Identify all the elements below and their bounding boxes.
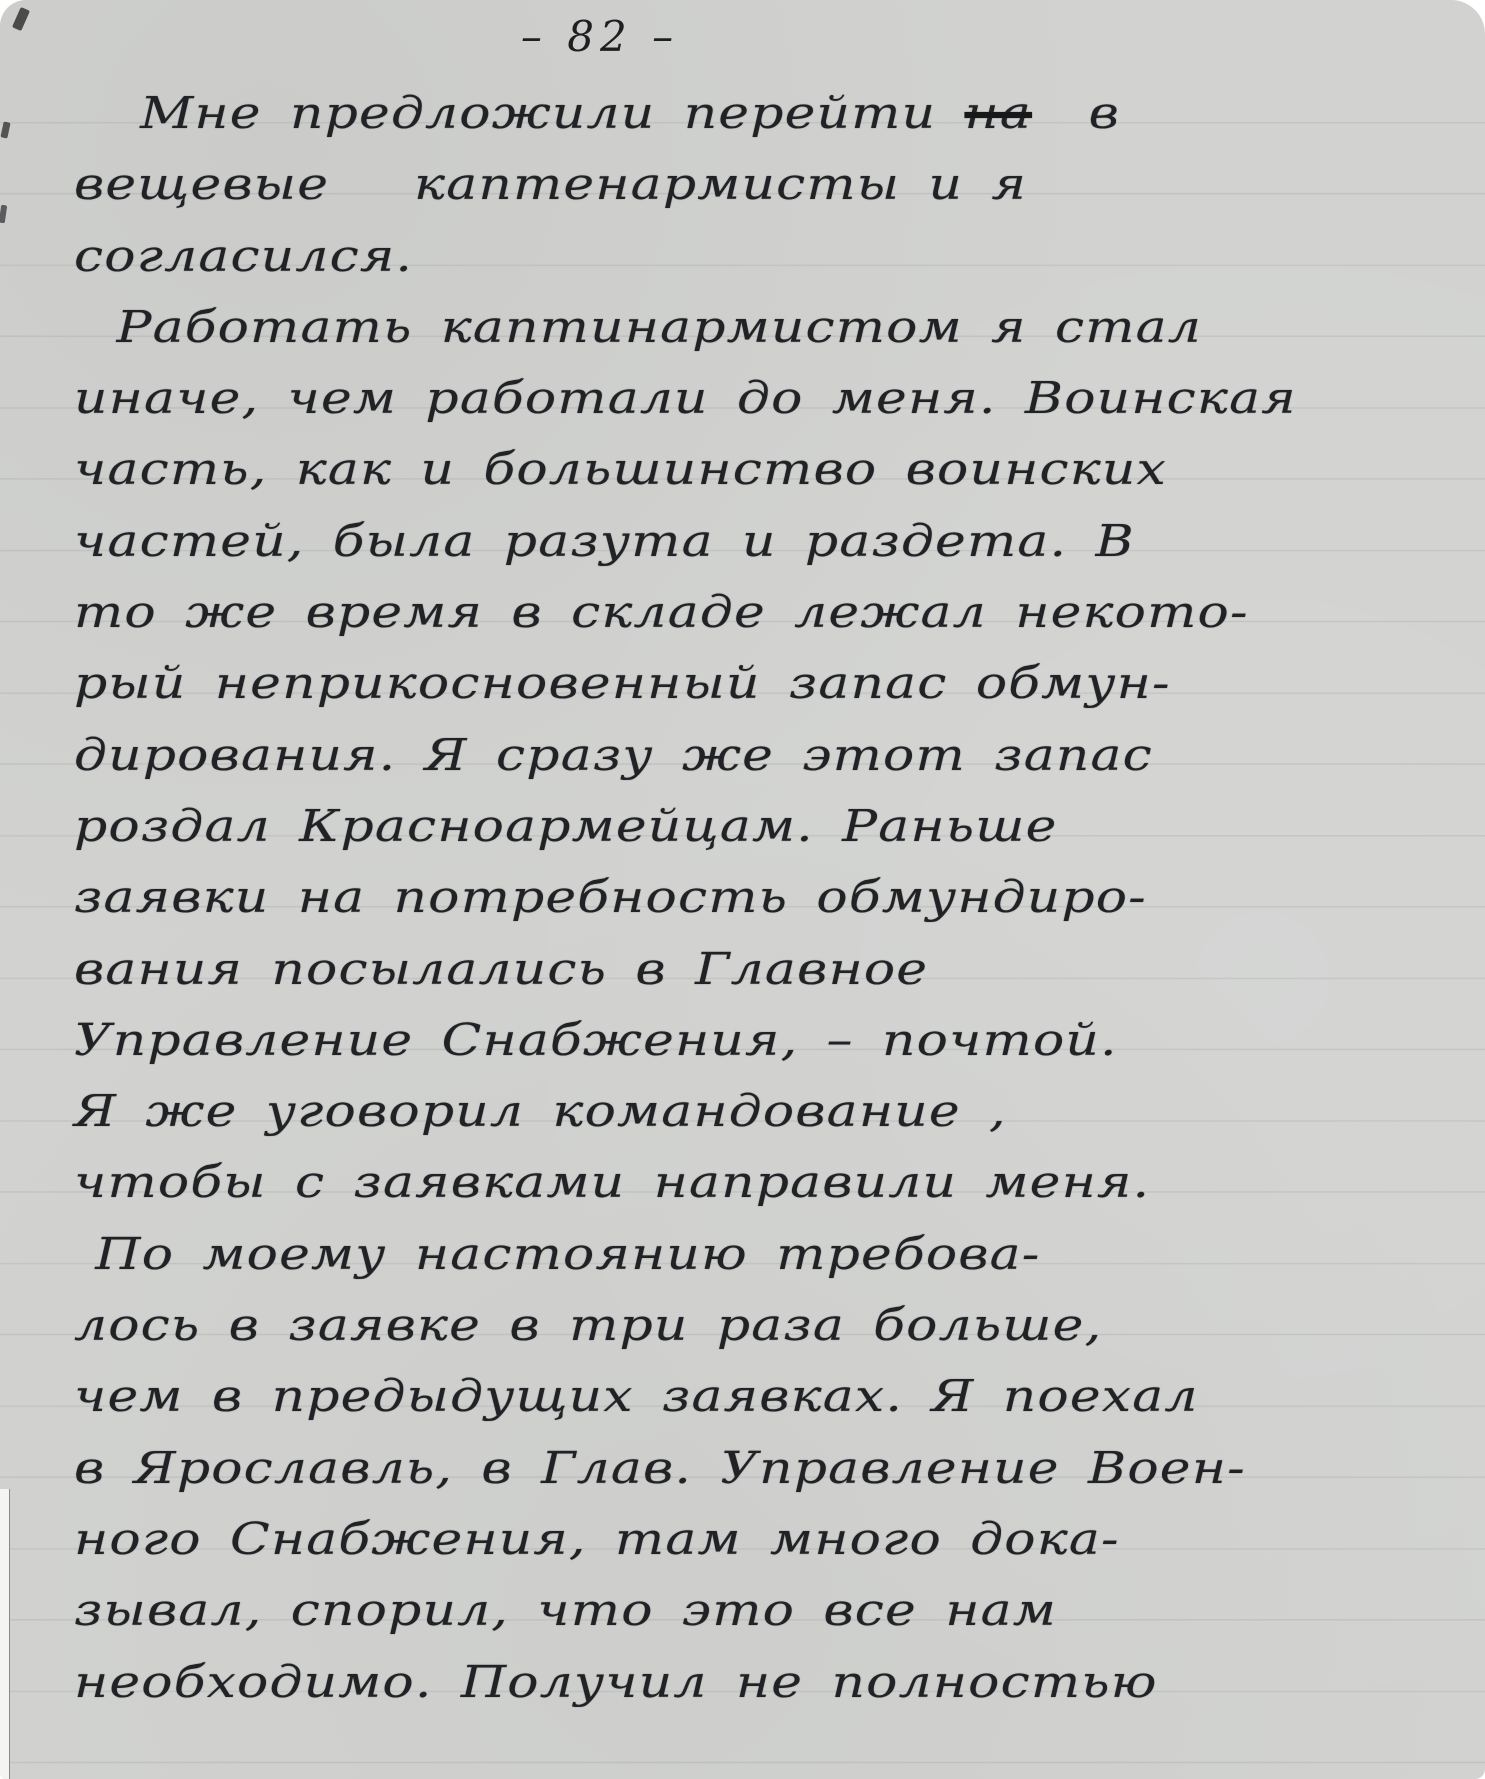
manuscript-line: зывал, спорил, что это все нам xyxy=(74,1575,1297,1646)
manuscript-line: рый неприкосновенный запас обмун- xyxy=(74,648,1297,719)
manuscript-line: лось в заявке в три раза больше, xyxy=(74,1290,1297,1361)
line-text: Работать каптинармистом я стал xyxy=(116,302,1202,353)
scan-edge-strip xyxy=(0,1489,10,1779)
line-text: согласился. xyxy=(74,231,413,282)
line-text: в Ярославль, в Глав. Управление Воен- xyxy=(74,1443,1246,1494)
line-text: чем в предыдущих заявках. Я поехал xyxy=(74,1371,1199,1422)
struck-word: на xyxy=(964,88,1032,139)
page-number: – 82 – xyxy=(0,12,1200,61)
line-text: лось в заявке в три раза больше, xyxy=(74,1300,1102,1351)
line-text: иначе, чем работали до меня. Воинская xyxy=(74,373,1297,424)
line-text: вания посылались в Главное xyxy=(74,944,928,995)
line-text: рый неприкосновенный запас обмун- xyxy=(74,658,1171,709)
manuscript-line: частей, была разута и раздета. В xyxy=(74,506,1297,577)
manuscript-line: дирования. Я сразу же этот запас xyxy=(74,720,1297,791)
line-text: то же время в складе лежал некото- xyxy=(74,587,1249,638)
line-text: частей, была разута и раздета. В xyxy=(74,516,1135,567)
manuscript-line: ного Снабжения, там много дока- xyxy=(74,1504,1297,1575)
manuscript-line: Мне предложили перейти на в xyxy=(74,78,1297,149)
line-text: Я же уговорил командование , xyxy=(74,1086,1007,1137)
line-text: Управление Снабжения, – почтой. xyxy=(74,1015,1118,1066)
manuscript-line: вания посылались в Главное xyxy=(74,934,1297,1005)
manuscript-line: Работать каптинармистом я стал xyxy=(74,292,1297,363)
line-text: часть, как и большинство воинских xyxy=(74,444,1167,495)
manuscript-lines: Мне предложили перейти на ввещевые капте… xyxy=(74,78,1297,1718)
manuscript-line: вещевые каптенармисты и я xyxy=(74,149,1297,220)
line-text: необходимо. Получил не полностью xyxy=(74,1657,1158,1708)
manuscript-line: роздал Красноармейцам. Раньше xyxy=(74,791,1297,862)
line-text: дирования. Я сразу же этот запас xyxy=(74,730,1153,781)
manuscript-line: чтобы с заявками направили меня. xyxy=(74,1147,1297,1218)
manuscript-line: необходимо. Получил не полностью xyxy=(74,1647,1297,1718)
manuscript-line: часть, как и большинство воинских xyxy=(74,434,1297,505)
line-text: вещевые каптенармисты и я xyxy=(74,159,1027,210)
manuscript-line: заявки на потребность обмундиро- xyxy=(74,862,1297,933)
manuscript-line: Я же уговорил командование , xyxy=(74,1076,1297,1147)
manuscript-line: то же время в складе лежал некото- xyxy=(74,577,1297,648)
line-text: По моему настоянию требова- xyxy=(95,1229,1040,1280)
manuscript-line: в Ярославль, в Глав. Управление Воен- xyxy=(74,1433,1297,1504)
line-text: в xyxy=(1032,88,1120,139)
manuscript-line: Управление Снабжения, – почтой. xyxy=(74,1005,1297,1076)
manuscript-line: иначе, чем работали до меня. Воинская xyxy=(74,363,1297,434)
line-text: Мне предложили перейти xyxy=(140,88,964,139)
scan-artifact xyxy=(0,121,10,138)
manuscript-line: чем в предыдущих заявках. Я поехал xyxy=(74,1361,1297,1432)
line-text: роздал Красноармейцам. Раньше xyxy=(74,801,1058,852)
manuscript-page: – 82 – Мне предложили перейти на ввещевы… xyxy=(0,0,1485,1779)
line-text: чтобы с заявками направили меня. xyxy=(74,1157,1150,1208)
line-text: заявки на потребность обмундиро- xyxy=(74,872,1147,923)
manuscript-line: согласился. xyxy=(74,221,1297,292)
line-text: зывал, спорил, что это все нам xyxy=(74,1585,1057,1636)
scan-artifact xyxy=(0,205,7,224)
manuscript-line: По моему настоянию требова- xyxy=(74,1219,1297,1290)
line-text: ного Снабжения, там много дока- xyxy=(74,1514,1120,1565)
